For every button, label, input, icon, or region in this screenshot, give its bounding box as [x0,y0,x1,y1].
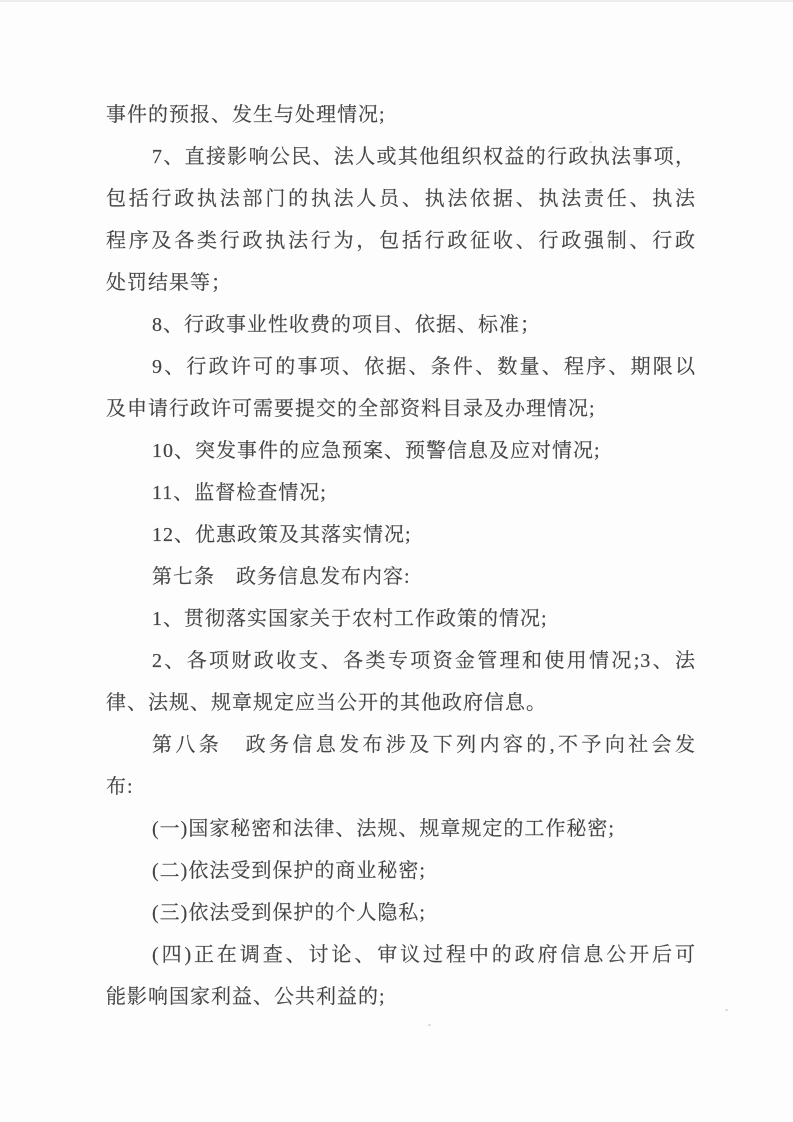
doc-line-05: 处罚结果等； [106,262,696,304]
doc-line-21: (四)正在调查、讨论、审议过程中的政府信息公开后可 [106,934,696,976]
doc-line-22: 能影响国家利益、公共利益的; [106,976,696,1018]
doc-line-08: 及申请行政许可需要提交的全部资料目录及办理情况; [106,388,696,430]
document-page: 事件的预报、发生与处理情况; 7、直接影响公民、法人或其他组织权益的行政执法事项… [0,0,793,1122]
doc-line-19: (二)依法受到保护的商业秘密; [106,850,696,892]
doc-line-20: (三)依法受到保护的个人隐私; [106,892,696,934]
doc-line-16: 第八条 政务信息发布涉及下列内容的,不予向社会发 [106,724,696,766]
doc-line-17: 布: [106,766,696,808]
doc-line-10: 11、监督检查情况; [106,472,696,514]
doc-line-01: 事件的预报、发生与处理情况; [106,94,696,136]
document-body: 事件的预报、发生与处理情况; 7、直接影响公民、法人或其他组织权益的行政执法事项… [106,94,696,1018]
doc-line-13: 1、贯彻落实国家关于农村工作政策的情况; [106,598,696,640]
doc-line-06: 8、行政事业性收费的项目、依据、标准； [106,304,696,346]
doc-line-07: 9、行政许可的事项、依据、条件、数量、程序、期限以 [106,346,696,388]
doc-line-14: 2、各项财政收支、各类专项资金管理和使用情况;3、法 [106,640,696,682]
doc-line-04: 程序及各类行政执法行为，包括行政征收、行政强制、行政 [106,220,696,262]
doc-line-18: (一)国家秘密和法律、法规、规章规定的工作秘密; [106,808,696,850]
doc-line-09: 10、突发事件的应急预案、预警信息及应对情况; [106,430,696,472]
scan-edge-artifact [0,0,793,2]
doc-line-03: 包括行政执法部门的执法人员、执法依据、执法责任、执法 [106,178,696,220]
doc-line-02: 7、直接影响公民、法人或其他组织权益的行政执法事项， [106,136,696,178]
doc-line-12: 第七条 政务信息发布内容: [106,556,696,598]
doc-line-15: 律、法规、规章规定应当公开的其他政府信息。 [106,682,696,724]
scan-speck [428,1024,431,1026]
doc-line-11: 12、优惠政策及其落实情况; [106,514,696,556]
scan-speck [725,1009,728,1011]
